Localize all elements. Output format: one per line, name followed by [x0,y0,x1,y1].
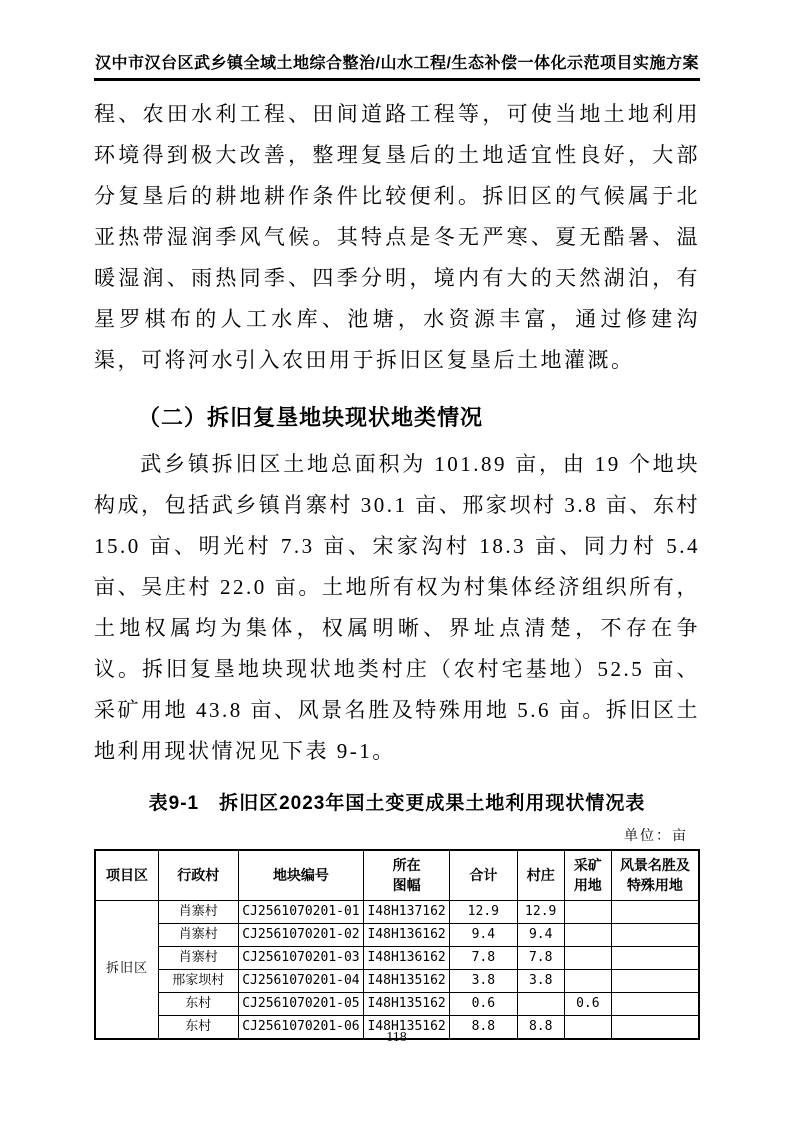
body-paragraph-2: 武乡镇拆旧区土地总面积为 101.89 亩，由 19 个地块构成，包括武乡镇肖寨… [94,444,700,772]
page-number: 118 [0,1030,793,1046]
total-cell: 0.6 [450,992,518,1015]
col-header-village: 行政村 [158,850,238,900]
scenic-cell [611,992,699,1015]
table-row: 邢家坝村 CJ2561070201-04 I48H135162 3.8 3.8 [95,969,699,992]
mining-cell [564,923,611,946]
col-header-mining: 采矿用地 [564,850,611,900]
mining-cell [564,969,611,992]
col-header-parcel-code: 地块编号 [238,850,364,900]
body-paragraph-1: 程、农田水利工程、田间道路工程等，可使当地土地利用环境得到极大改善，整理复垦后的… [94,94,700,381]
scenic-cell [611,923,699,946]
table-unit-label: 单位：亩 [94,825,700,845]
parcel-code-cell: CJ2561070201-01 [238,900,364,923]
residential-cell: 7.8 [517,946,564,969]
village-cell: 邢家坝村 [158,969,238,992]
village-cell: 肖寨村 [158,946,238,969]
table-row: 东村 CJ2561070201-05 I48H135162 0.6 0.6 [95,992,699,1015]
map-sheet-cell: I48H136162 [364,923,450,946]
parcel-code-cell: CJ2561070201-05 [238,992,364,1015]
col-header-map-sheet: 所在图幅 [364,850,450,900]
mining-cell: 0.6 [564,992,611,1015]
running-header: 汉中市汉台区武乡镇全域土地综合整治/山水工程/生态补偿一体化示范项目实施方案 [94,0,700,81]
col-header-scenic: 风景名胜及特殊用地 [611,850,699,900]
map-sheet-cell: I48H137162 [364,900,450,923]
table-row: 肖寨村 CJ2561070201-03 I48H136162 7.8 7.8 [95,946,699,969]
scenic-cell [611,946,699,969]
scenic-cell [611,900,699,923]
table-row: 拆旧区 肖寨村 CJ2561070201-01 I48H137162 12.9 … [95,900,699,923]
total-cell: 12.9 [450,900,518,923]
total-cell: 9.4 [450,923,518,946]
document-title: 汉中市汉台区武乡镇全域土地综合整治/山水工程/生态补偿一体化示范项目实施方案 [94,50,700,73]
total-cell: 7.8 [450,946,518,969]
residential-cell [517,992,564,1015]
section-heading: （二）拆旧复垦地块现状地类情况 [94,398,700,438]
parcel-code-cell: CJ2561070201-02 [238,923,364,946]
table-header-row: 项目区 行政村 地块编号 所在图幅 合计 村庄 采矿用地 风景名胜及特殊用地 [95,850,699,900]
col-header-residential: 村庄 [517,850,564,900]
table-row: 肖寨村 CJ2561070201-02 I48H136162 9.4 9.4 [95,923,699,946]
mining-cell [564,946,611,969]
col-header-project-area: 项目区 [95,850,158,900]
residential-cell: 3.8 [517,969,564,992]
village-cell: 肖寨村 [158,900,238,923]
total-cell: 3.8 [450,969,518,992]
land-use-table: 项目区 行政村 地块编号 所在图幅 合计 村庄 采矿用地 风景名胜及特殊用地 拆… [94,849,700,1040]
residential-cell: 9.4 [517,923,564,946]
map-sheet-cell: I48H135162 [364,969,450,992]
mining-cell [564,900,611,923]
village-cell: 肖寨村 [158,923,238,946]
project-area-cell: 拆旧区 [95,900,158,1039]
village-cell: 东村 [158,992,238,1015]
parcel-code-cell: CJ2561070201-04 [238,969,364,992]
col-header-total: 合计 [450,850,518,900]
residential-cell: 12.9 [517,900,564,923]
table-caption: 表9-1 拆旧区2023年国土变更成果土地利用现状情况表 [94,788,700,815]
document-page: 汉中市汉台区武乡镇全域土地综合整治/山水工程/生态补偿一体化示范项目实施方案 程… [0,0,793,1122]
parcel-code-cell: CJ2561070201-03 [238,946,364,969]
map-sheet-cell: I48H135162 [364,992,450,1015]
scenic-cell [611,969,699,992]
map-sheet-cell: I48H136162 [364,946,450,969]
